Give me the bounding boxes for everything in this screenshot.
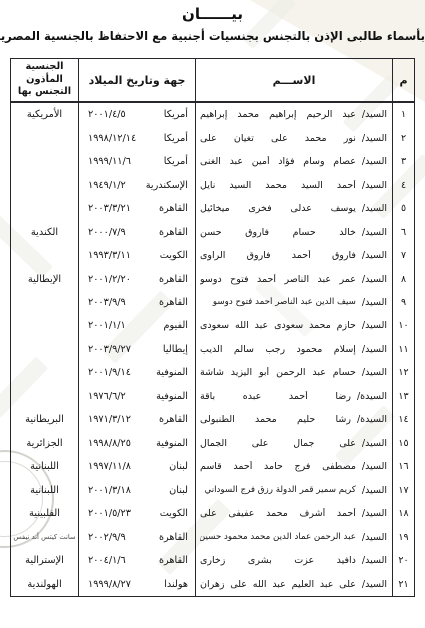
row-name: السيد/على عبد العليم عبد الله على زهران [195, 572, 392, 595]
table-row: ١٠السيد/حازم محمد سعودى عبد الله سعودىال… [11, 314, 414, 337]
person-name: يوسف عدلى فخرى ميخائيل [200, 203, 356, 214]
row-serial-number: ١٧ [392, 479, 414, 502]
row-nationality [11, 361, 78, 384]
row-serial-number: ١٢ [392, 361, 414, 384]
honorific-prefix: السيد/ [362, 297, 387, 308]
person-name: كريم سمير قمر الدولة رزق فرج السوداني [200, 485, 356, 495]
row-nationality [11, 338, 78, 361]
table-body: ١السيد/عبد الرحيم إبراهيم محمد إبراهيمأم… [11, 103, 414, 596]
table-row: ٤السيد/أحمد السيد محمد السيد نايلالإسكند… [11, 173, 414, 196]
row-nationality: الأمريكية [11, 103, 78, 126]
table-row: ٦السيد/خالد حسام فاروق حسنالقاهرة٢٠٠٠/٧/… [11, 220, 414, 243]
person-name: عمر عبد الناصر أحمد فتوح دوسو [200, 274, 356, 285]
row-name: السيدة/رشا حليم محمد الطنبولى [195, 408, 392, 431]
table-row: ٢السيد/نور محمد على تغيان علىأمريكا١٩٩٨/… [11, 126, 414, 149]
birth-date: ٢٠٠١/٥/٢٣ [88, 508, 131, 519]
honorific-prefix: السيد/ [362, 438, 387, 449]
honorific-prefix: السيد/ [362, 156, 387, 167]
birth-place: القاهرة [159, 414, 188, 425]
honorific-prefix: السيدة/ [357, 391, 387, 402]
honorific-prefix: السيد/ [362, 461, 387, 472]
row-serial-number: ٢٠ [392, 549, 414, 572]
row-serial-number: ٧ [392, 244, 414, 267]
table-row: ٢٠السيد/دافيد عزت بشرى زخارىالقاهرة٢٠٠٤/… [11, 549, 414, 572]
table-row: ١٩السيد/عبد الرحمن عماد الدين محمد محمود… [11, 525, 414, 548]
table-row: ١٤السيدة/رشا حليم محمد الطنبولىالقاهرة١٩… [11, 408, 414, 431]
honorific-prefix: السيد/ [362, 227, 387, 238]
row-serial-number: ٤ [392, 173, 414, 196]
row-serial-number: ١٨ [392, 502, 414, 525]
birth-date: ٢٠٠١/٤/٥ [88, 109, 126, 120]
birth-date: ١٩٩٣/٣/١١ [88, 250, 131, 261]
person-name: إسلام محمود رجب سالم الديب [200, 344, 356, 355]
birth-place: أمريكا [164, 109, 188, 120]
person-name: مصطفى فرج حامد أحمد قاسم [200, 461, 356, 472]
birth-date: ١٩٩٩/٨/٢٧ [88, 579, 131, 590]
table-row: ١٣السيدة/رضا أحمد عبده باقةالمنوفية١٩٧٦/… [11, 385, 414, 408]
birth-place: المنوفية [156, 367, 188, 378]
row-birth: الكويت١٩٩٣/٣/١١ [78, 244, 195, 267]
row-name: السيد/خالد حسام فاروق حسن [195, 220, 392, 243]
row-name: السيد/على جمال على الجمال [195, 432, 392, 455]
birth-date: ١٩٩٨/١٢/١٤ [88, 133, 136, 144]
row-serial-number: ١٦ [392, 455, 414, 478]
person-name: أحمد السيد محمد السيد نايل [200, 180, 356, 191]
row-birth: القاهرة٢٠٠٠/٧/٩ [78, 220, 195, 243]
honorific-prefix: السيد/ [362, 344, 387, 355]
row-name: السيد/عصام وسام فؤاد أمين عبد الغنى [195, 150, 392, 173]
row-nationality: الكندية [11, 220, 78, 243]
row-serial-number: ٢ [392, 126, 414, 149]
person-name: دافيد عزت بشرى زخارى [200, 555, 356, 566]
birth-place: الكويت [160, 508, 188, 519]
row-name: السيد/عمر عبد الناصر أحمد فتوح دوسو [195, 267, 392, 290]
honorific-prefix: السيد/ [362, 555, 387, 566]
document-title: بيــــــان [0, 5, 425, 23]
row-name: السيد/نور محمد على تغيان على [195, 126, 392, 149]
header-name: الاســـم [195, 59, 392, 101]
person-name: عصام وسام فؤاد أمين عبد الغنى [200, 156, 356, 167]
birth-date: ١٩٩٩/١١/٦ [88, 156, 131, 167]
table-row: ١٢السيد/حسام عبد الرحمن أبو اليزيد شاشةا… [11, 361, 414, 384]
row-nationality [11, 385, 78, 408]
row-name: السيد/أحمد أشرف محمد عفيفى على [195, 502, 392, 525]
person-name: عبد الرحمن عماد الدين محمد محمود حسين [200, 532, 356, 542]
table-row: ١٧السيد/كريم سمير قمر الدولة رزق فرج الس… [11, 479, 414, 502]
header-nationality-line2: التجنس بها [18, 86, 71, 99]
document-page: بيــــــان بأسماء طالبى الإذن بالتجنس بج… [0, 0, 425, 628]
birth-date: ١٩٩٧/١١/٨ [88, 461, 131, 472]
person-name: حسام عبد الرحمن أبو اليزيد شاشة [200, 367, 356, 378]
table-row: ١٥السيد/على جمال على الجمالالمنوفية١٩٩٨/… [11, 432, 414, 455]
row-name: السيد/حازم محمد سعودى عبد الله سعودى [195, 314, 392, 337]
header-nationality: الجنسية المأذون التجنس بها [11, 59, 78, 101]
birth-place: الإسكندرية [146, 180, 188, 191]
row-birth: المنوفية٢٠٠١/٩/١٤ [78, 361, 195, 384]
row-nationality [11, 244, 78, 267]
row-birth: الفيوم٢٠٠١/١/١ [78, 314, 195, 337]
row-name: السيد/يوسف عدلى فخرى ميخائيل [195, 197, 392, 220]
birth-place: المنوفية [156, 438, 188, 449]
names-table: م الاســـم جهة وتاريخ الميلاد الجنسية ال… [10, 58, 415, 597]
honorific-prefix: السيد/ [362, 532, 387, 543]
row-birth: إيطاليا٢٠٠٣/٩/٢٧ [78, 338, 195, 361]
row-birth: أمريكا١٩٩٩/١١/٦ [78, 150, 195, 173]
birth-date: ٢٠٠١/٣/١٨ [88, 485, 131, 496]
row-birth: الإسكندرية١٩٤٩/١/٢ [78, 173, 195, 196]
table-row: ٩السيد/سيف الدين عبد الناصر أحمد فتوح دو… [11, 291, 414, 314]
row-nationality [11, 150, 78, 173]
person-name: نور محمد على تغيان على [200, 133, 356, 144]
person-name: فاروق أحمد فاروق الراوى [200, 250, 356, 261]
row-nationality: الجزائرية [11, 432, 78, 455]
person-name: خالد حسام فاروق حسن [200, 227, 356, 238]
person-name: رضا أحمد عبده باقة [200, 391, 351, 402]
table-row: ١٦السيد/مصطفى فرج حامد أحمد قاسملبنان١٩٩… [11, 455, 414, 478]
birth-date: ٢٠٠٢/٩/٩ [88, 532, 126, 543]
table-row: ٥السيد/يوسف عدلى فخرى ميخائيلالقاهرة٢٠٠٣… [11, 197, 414, 220]
row-birth: القاهرة٢٠٠٣/٣/٢١ [78, 197, 195, 220]
row-serial-number: ١٥ [392, 432, 414, 455]
row-birth: القاهرة٢٠٠١/٢/٢٠ [78, 267, 195, 290]
birth-place: هولندا [164, 579, 188, 590]
row-name: السيدة/رضا أحمد عبده باقة [195, 385, 392, 408]
row-nationality: سانت كيتس أند نيفس [11, 525, 78, 548]
row-serial-number: ١ [392, 103, 414, 126]
row-name: السيد/حسام عبد الرحمن أبو اليزيد شاشة [195, 361, 392, 384]
person-name: سيف الدين عبد الناصر أحمد فتوح دوسو [200, 297, 356, 307]
honorific-prefix: السيد/ [362, 485, 387, 496]
honorific-prefix: السيد/ [362, 180, 387, 191]
table-row: ٧السيد/فاروق أحمد فاروق الراوىالكويت١٩٩٣… [11, 244, 414, 267]
honorific-prefix: السيد/ [362, 250, 387, 261]
row-nationality: الفلبينية [11, 502, 78, 525]
row-nationality: اللبنانية [11, 455, 78, 478]
row-birth: أمريكا٢٠٠١/٤/٥ [78, 103, 195, 126]
person-name: على جمال على الجمال [200, 438, 356, 449]
birth-date: ٢٠٠١/٢/٢٠ [88, 274, 131, 285]
person-name: رشا حليم محمد الطنبولى [200, 414, 351, 425]
table-row: ٢١السيد/على عبد العليم عبد الله على زهرا… [11, 572, 414, 595]
row-nationality: البريطانية [11, 408, 78, 431]
table-row: ٣السيد/عصام وسام فؤاد أمين عبد الغنىأمري… [11, 150, 414, 173]
row-name: السيد/دافيد عزت بشرى زخارى [195, 549, 392, 572]
header-serial: م [392, 59, 414, 101]
honorific-prefix: السيدة/ [357, 414, 387, 425]
row-birth: القاهرة١٩٧١/٣/١٢ [78, 408, 195, 431]
birth-place: الفيوم [164, 320, 188, 331]
birth-place: القاهرة [159, 274, 188, 285]
row-nationality: الإسترالية [11, 549, 78, 572]
row-birth: المنوفية١٩٩٨/٨/٢٥ [78, 432, 195, 455]
birth-place: أمريكا [164, 156, 188, 167]
row-birth: لبنان١٩٩٧/١١/٨ [78, 455, 195, 478]
birth-place: القاهرة [159, 203, 188, 214]
birth-place: لبنان [169, 461, 188, 472]
row-birth: القاهرة٢٠٠٤/١/٦ [78, 549, 195, 572]
row-name: السيد/عبد الرحمن عماد الدين محمد محمود ح… [195, 525, 392, 548]
table-row: ٨السيد/عمر عبد الناصر أحمد فتوح دوسوالقا… [11, 267, 414, 290]
table-row: ١٨السيد/أحمد أشرف محمد عفيفى علىالكويت٢٠… [11, 502, 414, 525]
birth-place: المنوفية [156, 391, 188, 402]
honorific-prefix: السيد/ [362, 320, 387, 331]
row-serial-number: ١٤ [392, 408, 414, 431]
row-nationality: الهولندية [11, 572, 78, 595]
birth-date: ١٩٩٨/٨/٢٥ [88, 438, 131, 449]
row-name: السيد/مصطفى فرج حامد أحمد قاسم [195, 455, 392, 478]
birth-date: ١٩٤٩/١/٢ [88, 180, 126, 191]
row-birth: أمريكا١٩٩٨/١٢/١٤ [78, 126, 195, 149]
row-serial-number: ٨ [392, 267, 414, 290]
row-nationality: الإيطالية [11, 267, 78, 290]
person-name: على عبد العليم عبد الله على زهران [200, 579, 356, 590]
row-serial-number: ١٠ [392, 314, 414, 337]
honorific-prefix: السيد/ [362, 109, 387, 120]
row-nationality [11, 173, 78, 196]
honorific-prefix: السيد/ [362, 203, 387, 214]
birth-date: ٢٠٠٣/٣/٢١ [88, 203, 131, 214]
birth-date: ٢٠٠٣/٩/٢٧ [88, 344, 131, 355]
birth-date: ١٩٧١/٣/١٢ [88, 414, 131, 425]
birth-date: ١٩٧٦/٦/٢ [88, 391, 126, 402]
row-name: السيد/كريم سمير قمر الدولة رزق فرج السود… [195, 479, 392, 502]
row-birth: الكويت٢٠٠١/٥/٢٣ [78, 502, 195, 525]
row-birth: القاهرة٢٠٠٣/٩/٩ [78, 291, 195, 314]
honorific-prefix: السيد/ [362, 133, 387, 144]
row-serial-number: ٣ [392, 150, 414, 173]
row-birth: المنوفية١٩٧٦/٦/٢ [78, 385, 195, 408]
birth-date: ٢٠٠٣/٩/٩ [88, 297, 126, 308]
birth-place: إيطاليا [163, 344, 188, 355]
row-serial-number: ٥ [392, 197, 414, 220]
honorific-prefix: السيد/ [362, 367, 387, 378]
header-nationality-line1: الجنسية المأذون [11, 61, 78, 86]
table-row: ١السيد/عبد الرحيم إبراهيم محمد إبراهيمأم… [11, 103, 414, 126]
row-serial-number: ١٣ [392, 385, 414, 408]
birth-place: الكويت [160, 250, 188, 261]
table-row: ١١السيد/إسلام محمود رجب سالم الديبإيطالي… [11, 338, 414, 361]
row-nationality [11, 314, 78, 337]
row-name: السيد/إسلام محمود رجب سالم الديب [195, 338, 392, 361]
birth-place: القاهرة [159, 227, 188, 238]
row-birth: لبنان٢٠٠١/٣/١٨ [78, 479, 195, 502]
row-birth: هولندا١٩٩٩/٨/٢٧ [78, 572, 195, 595]
birth-date: ٢٠٠١/٩/١٤ [88, 367, 131, 378]
birth-place: لبنان [169, 485, 188, 496]
row-serial-number: ٩ [392, 291, 414, 314]
row-nationality: اللبنانية [11, 479, 78, 502]
row-serial-number: ٢١ [392, 572, 414, 595]
row-serial-number: ١٩ [392, 525, 414, 548]
row-birth: القاهرة٢٠٠٢/٩/٩ [78, 525, 195, 548]
row-serial-number: ٦ [392, 220, 414, 243]
honorific-prefix: السيد/ [362, 274, 387, 285]
birth-date: ٢٠٠١/١/١ [88, 320, 126, 331]
birth-place: القاهرة [159, 297, 188, 308]
row-nationality [11, 291, 78, 314]
person-name: حازم محمد سعودى عبد الله سعودى [200, 320, 356, 331]
row-name: السيد/أحمد السيد محمد السيد نايل [195, 173, 392, 196]
honorific-prefix: السيد/ [362, 508, 387, 519]
row-nationality [11, 197, 78, 220]
honorific-prefix: السيد/ [362, 579, 387, 590]
document-subtitle: بأسماء طالبى الإذن بالتجنس بجنسيات أجنبي… [0, 29, 425, 43]
row-name: السيد/سيف الدين عبد الناصر أحمد فتوح دوس… [195, 291, 392, 314]
person-name: عبد الرحيم إبراهيم محمد إبراهيم [200, 109, 356, 120]
birth-date: ٢٠٠٤/١/٦ [88, 555, 126, 566]
header-birth: جهة وتاريخ الميلاد [78, 59, 195, 101]
birth-place: القاهرة [159, 555, 188, 566]
birth-place: أمريكا [164, 133, 188, 144]
row-name: السيد/عبد الرحيم إبراهيم محمد إبراهيم [195, 103, 392, 126]
row-serial-number: ١١ [392, 338, 414, 361]
birth-place: القاهرة [159, 532, 188, 543]
person-name: أحمد أشرف محمد عفيفى على [200, 508, 356, 519]
birth-date: ٢٠٠٠/٧/٩ [88, 227, 126, 238]
table-header-row: م الاســـم جهة وتاريخ الميلاد الجنسية ال… [11, 59, 414, 103]
row-nationality [11, 126, 78, 149]
row-name: السيد/فاروق أحمد فاروق الراوى [195, 244, 392, 267]
